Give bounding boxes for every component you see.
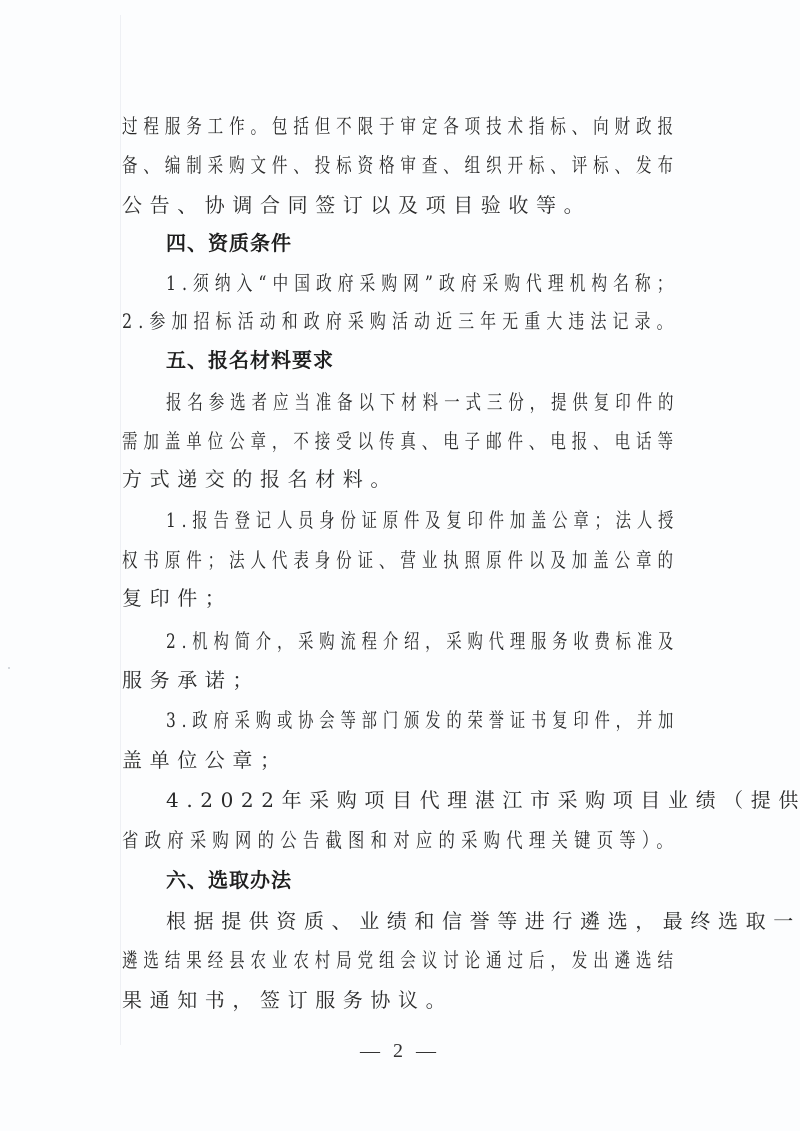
material-item-1: 1.报告登记人员身份证原件及复印件加盖公章；法人授 [166,505,679,535]
material-item-1: 权书原件；法人代表身份证、营业执照原件以及加盖公章的 [122,545,679,575]
paragraph-line: 果通知书，签订服务协议。 [122,985,453,1015]
material-item-3: 3.政府采购或协会等部门颁发的荣誉证书复印件，并加 [166,705,679,735]
paragraph-line: 根据提供资质、业绩和信誉等进行遴选，最终选取一家。 [166,906,800,936]
paragraph-line: 遴选结果经县农业农村局党组会议讨论通过后，发出遴选结 [122,945,679,975]
material-item-4: 4.2022年采购项目代理湛江市采购项目业绩（提供广东 [166,785,800,815]
paragraph-line: 公告、协调合同签订以及项目验收等。 [122,190,591,220]
material-item-2: 服务承诺； [122,665,260,695]
section-heading-qualifications: 四、资质条件 [166,228,292,258]
paragraph-line: 过程服务工作。包括但不限于审定各项技术指标、向财政报 [122,111,679,141]
document-page: 过程服务工作。包括但不限于审定各项技术指标、向财政报 备、编制采购文件、投标资格… [0,0,800,1131]
scan-artifact-dot [8,667,10,669]
qualification-item: 2.参加招标活动和政府采购活动近三年无重大违法记录。 [122,306,679,336]
page-number: — 2 — [0,1040,800,1063]
section-heading-selection-method: 六、选取办法 [166,865,292,895]
material-item-3: 盖单位公章； [122,745,288,775]
paragraph-line: 需加盖单位公章，不接受以传真、电子邮件、电报、电话等 [122,426,679,456]
material-item-4: 省政府采购网的公告截图和对应的采购代理关键页等）。 [122,825,679,855]
material-item-1: 复印件； [122,583,232,613]
scan-artifact-line [120,15,121,1045]
material-item-2: 2.机构简介，采购流程介绍，采购代理服务收费标准及 [166,626,679,656]
paragraph-line: 备、编制采购文件、投标资格审查、组织开标、评标、发布 [122,150,679,180]
qualification-item: 1.须纳入“中国政府采购网”政府采购代理机构名称； [166,268,678,298]
paragraph-line: 报名参选者应当准备以下材料一式三份，提供复印件的 [166,387,679,417]
paragraph-line: 方式递交的报名材料。 [122,464,398,494]
section-heading-registration-materials: 五、报名材料要求 [166,345,334,375]
